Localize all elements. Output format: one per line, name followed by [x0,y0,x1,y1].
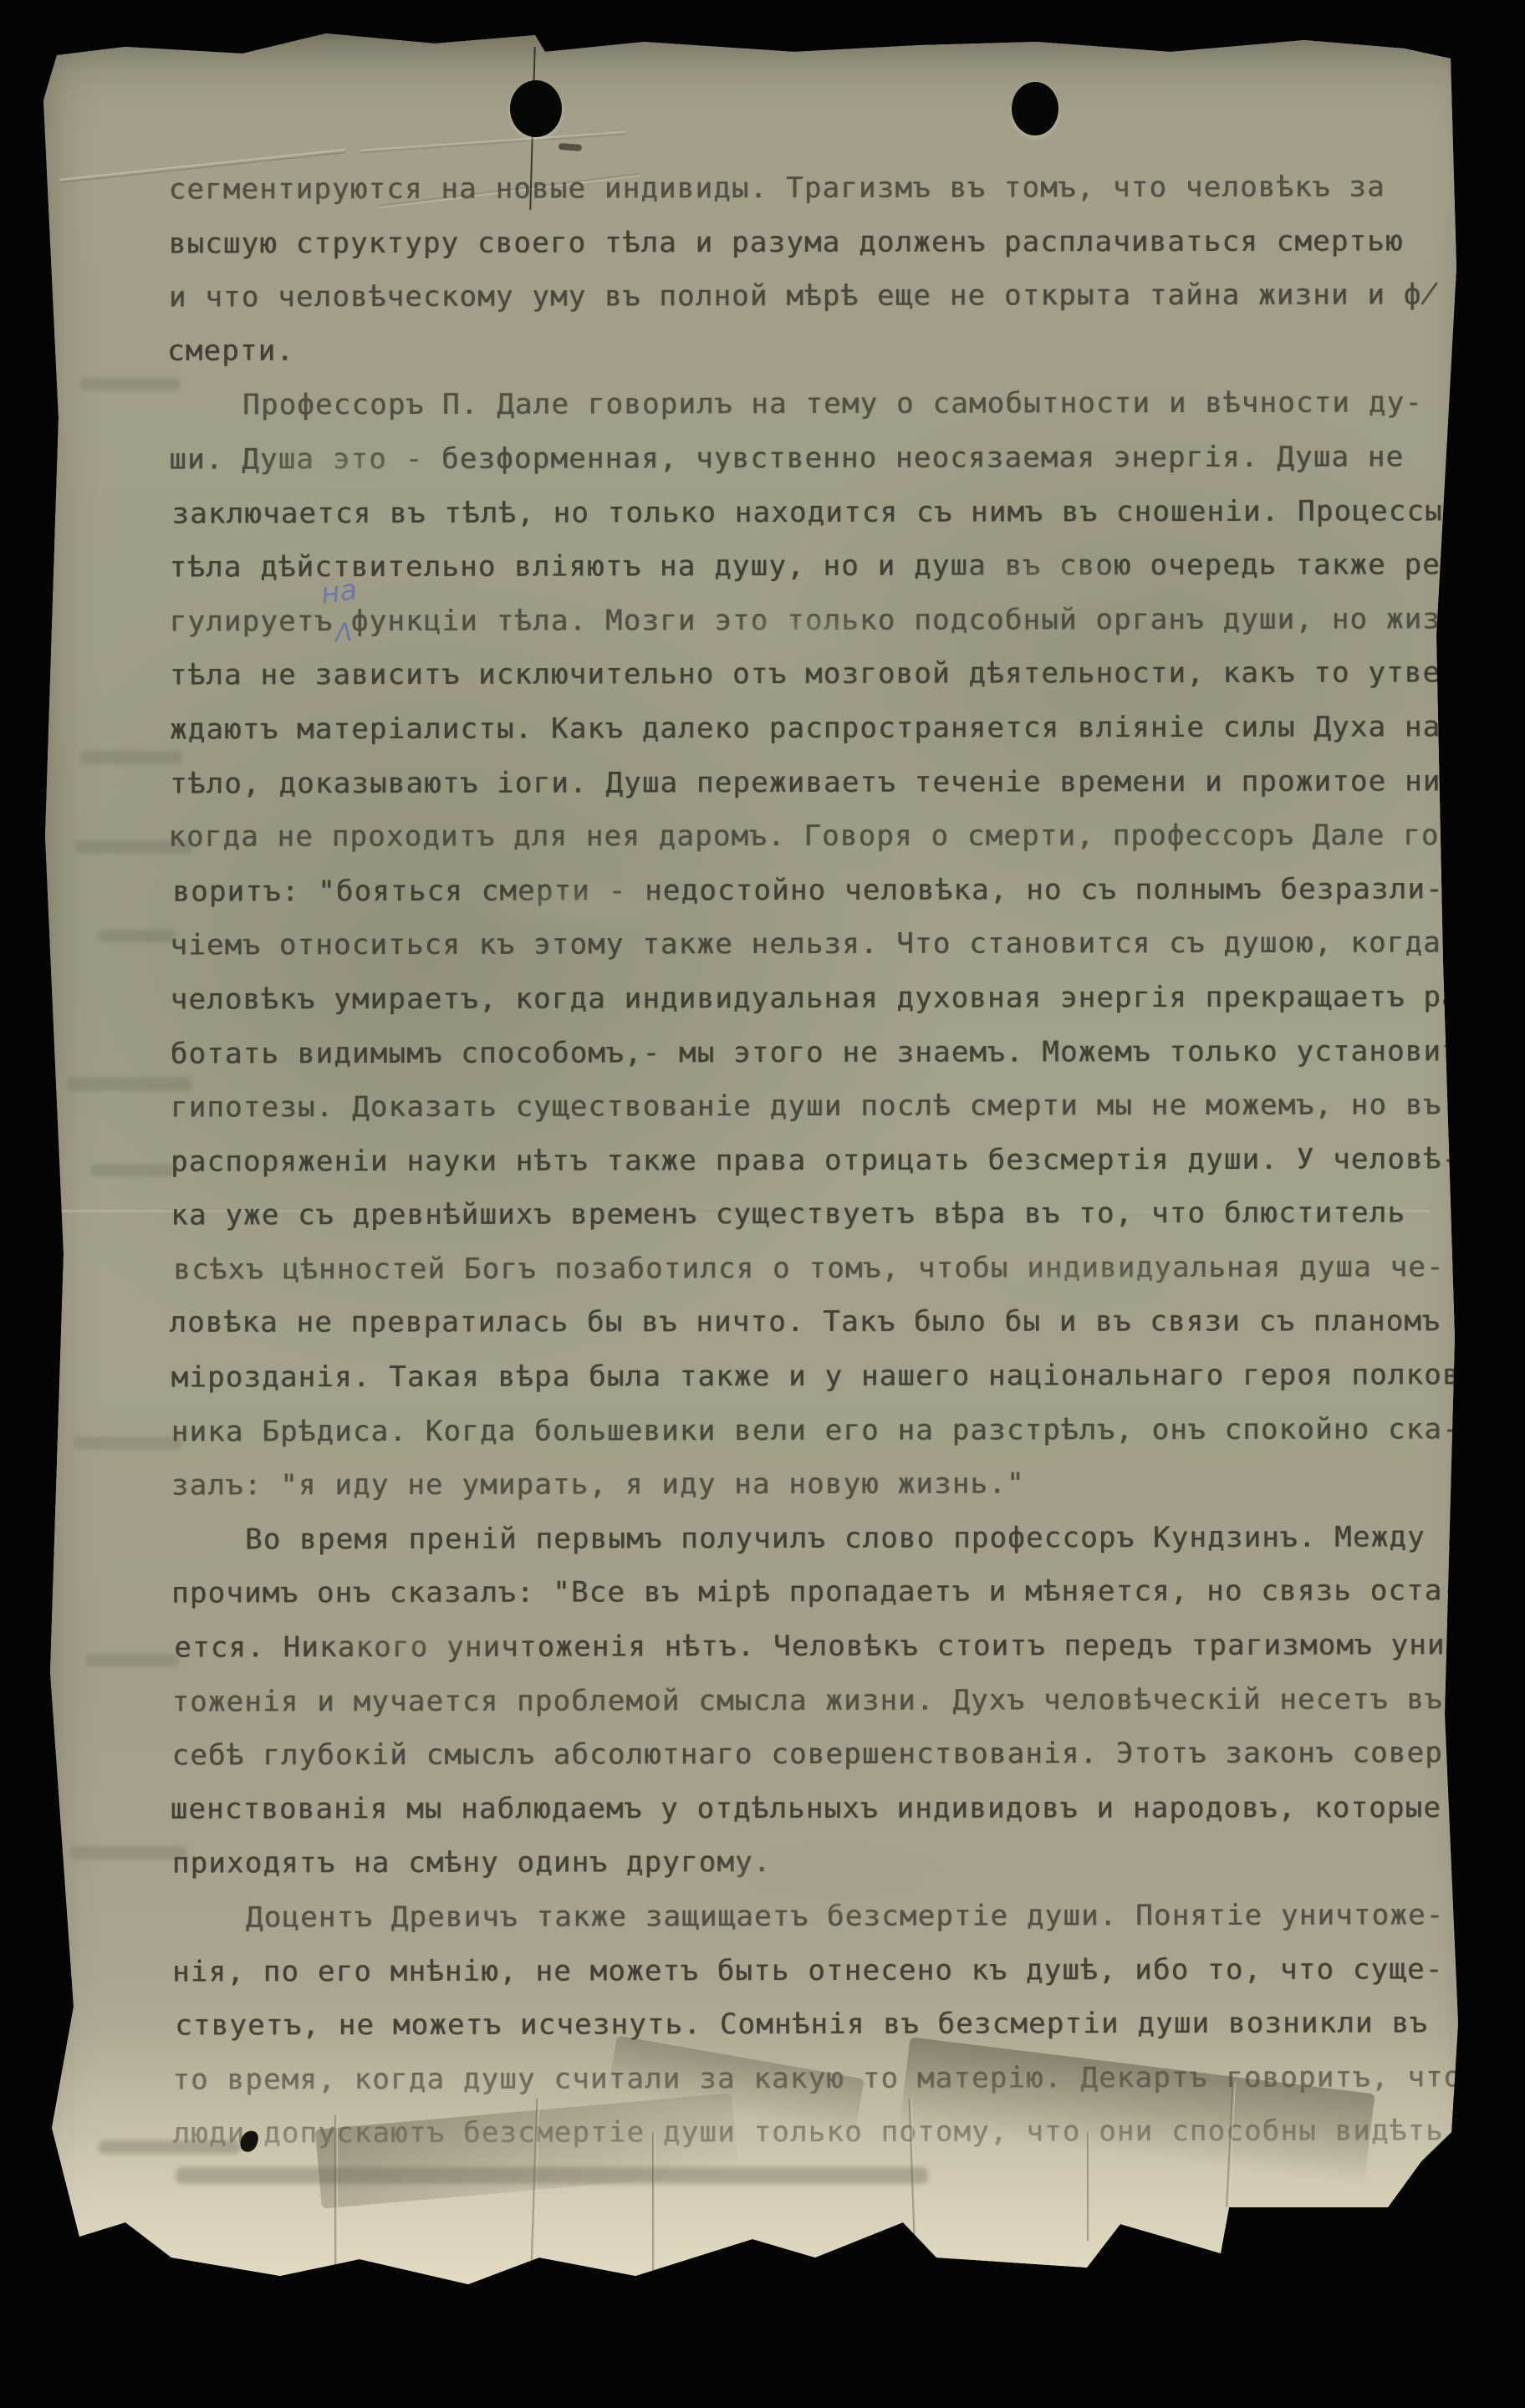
text-line: Доцентъ Древичъ также защищаетъ безсмерт… [172,1888,1451,1945]
faded-text-remnant [99,2140,241,2154]
text-line: приходятъ на смѣну одинъ другому. [172,1834,1451,1891]
text-line: ствуетъ, не можетъ исчезнуть. Сомнѣнія в… [175,1997,1454,2053]
text-line: всѣхъ цѣнностей Богъ позаботился о томъ,… [173,1240,1452,1297]
text-line: залъ: "я иду не умирать, я иду на новую … [171,1457,1451,1513]
text-line: сегментируются на новые индивиды. Трагиз… [168,160,1447,217]
text-line: ждаютъ матеріалисты. Какъ далеко распрос… [170,700,1449,757]
text-line: гулируетъ функціи тѣла. Мозги это только… [170,592,1449,649]
handwritten-annotation: на Λ [319,573,359,611]
text-line: когда не проходитъ для нея даромъ. Говор… [168,809,1447,864]
typewritten-text: сегментируются на новые индивиды. Трагиз… [168,160,1451,2161]
punch-hole-left [510,80,562,137]
text-line: тѣла не зависитъ исключительно отъ мозго… [170,646,1449,703]
text-line: мірозданія. Такая вѣра была также и у на… [171,1348,1450,1405]
ghost-text-smudge [74,1436,182,1450]
ghost-text-smudge [99,930,176,942]
paper-crease [360,131,626,153]
scan-background: сегментируются на новые индивиды. Трагиз… [0,0,1525,2408]
scanned-page: сегментируются на новые индивиды. Трагиз… [0,0,1525,2408]
text-line: Во время преній первымъ получилъ слово п… [171,1510,1451,1567]
text-line: ботать видимымъ способомъ,- мы этого не … [171,1024,1450,1081]
text-line: нія, по его мнѣнію, не можетъ быть отнес… [172,1942,1451,1999]
text-line: распоряженіи науки нѣтъ также права отри… [171,1132,1450,1189]
text-line: человѣкъ умираетъ, когда индивидуальная … [171,970,1450,1027]
text-line: люди допускаютъ безсмертіе души только п… [172,2104,1451,2161]
text-line: то время, когда душу считали за какую то… [172,2050,1451,2107]
text-line: ка уже съ древнѣйшихъ временъ существует… [171,1186,1450,1243]
ghost-text-smudge [80,751,182,764]
text-line: тѣло, доказываютъ іоги. Душа переживаетъ… [170,754,1449,811]
text-line: ника Брѣдиса. Когда большевики вели его … [171,1402,1451,1459]
text-line: ши. Душа это - безформенная, чувственно … [169,430,1448,487]
text-line: тоженія и мучается проблемой смысла жизн… [171,1672,1451,1729]
text-line: воритъ: "бояться смерти - недостойно чел… [172,862,1451,919]
faded-text-remnant [176,2167,928,2184]
text-line: себѣ глубокій смыслъ абсолютнаго соверше… [171,1727,1451,1783]
text-line: гипотезы. Доказать существованіе души по… [171,1078,1450,1135]
annotation-caret-mark: Λ [334,618,354,648]
ghost-text-smudge [70,1846,187,1860]
text-line: высшую структуру своего тѣла и разума до… [169,214,1448,271]
text-line: шенствованія мы наблюдаемъ у отдѣльныхъ … [171,1781,1450,1836]
text-line: смерти. [167,323,1446,378]
text-line: Профессоръ П. Дале говорилъ на тему о са… [169,376,1448,433]
text-line: ловѣка не превратилась бы въ ничто. Такъ… [169,1295,1448,1350]
ink-dash-mark [558,143,582,151]
text-line: тѣла дѣйствительно вліяютъ на душу, но и… [169,538,1448,595]
text-line: ется. Никакого уничтоженія нѣтъ. Человѣк… [174,1618,1453,1675]
text-line: прочимъ онъ сказалъ: "Все въ мірѣ пропад… [171,1564,1451,1621]
punch-hole-right [1012,82,1058,135]
ghost-text-smudge [80,378,181,390]
text-line: чіемъ относиться къ этому также нельзя. … [170,916,1449,973]
annotation-word: на [319,573,359,611]
text-line: заключается въ тѣлѣ, но только находится… [171,484,1451,541]
ghost-text-smudge [85,1654,179,1666]
ghost-text-smudge [90,1164,174,1176]
text-line: и что человѣческому уму въ полной мѣрѣ е… [169,268,1448,325]
